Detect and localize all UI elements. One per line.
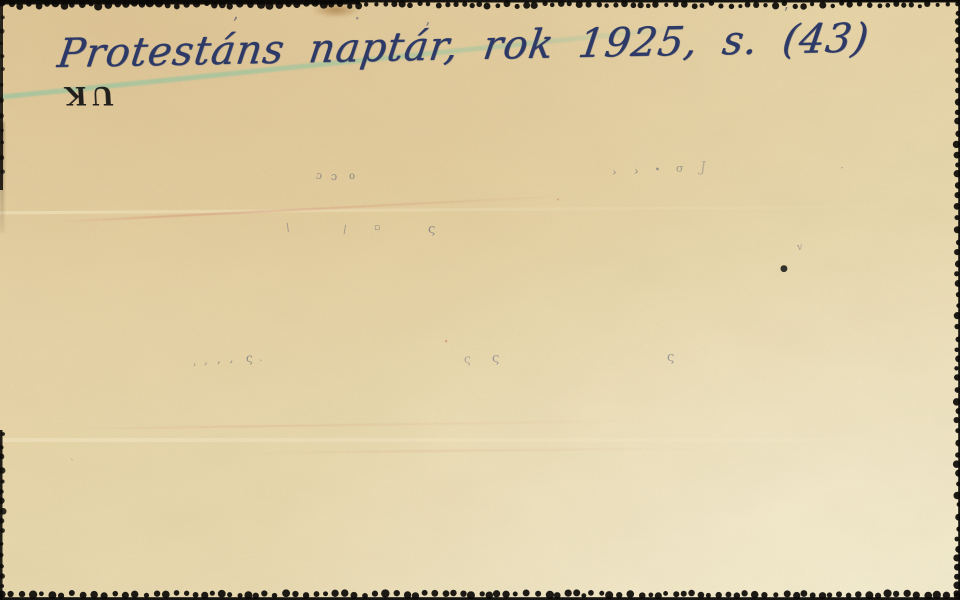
ink-speck: ς (464, 353, 471, 365)
ink-speck: , (217, 353, 221, 365)
ink-speck: ∙ (355, 15, 359, 24)
ink-speck: ʼ (783, 6, 788, 22)
ink-speck: · (259, 355, 263, 366)
ink-speck: ∙ (655, 165, 660, 175)
ink-speck: ˎ (70, 448, 74, 460)
ink-speck: ς (246, 352, 253, 364)
ink-speck: ∙ (444, 338, 448, 347)
library-stamp-upside-down: UK (59, 83, 114, 108)
ink-speck: ς (492, 352, 499, 365)
ink-speck: o (349, 172, 355, 182)
paper-crease (0, 438, 960, 442)
ink-speck: · (840, 162, 844, 174)
ink-speck: ● (780, 265, 788, 274)
ink-speck: ς (667, 351, 674, 364)
edge-smudge (0, 122, 4, 232)
card-paper (0, 0, 960, 600)
scanned-catalog-card: Protestáns naptár, rok 1925, s. (43) UK … (0, 0, 960, 600)
ink-speck: σ (676, 163, 684, 174)
ink-speck: , (204, 354, 208, 366)
brown-stain (312, 2, 360, 18)
ink-speck: v (796, 243, 803, 254)
ink-speck: ▫ (374, 224, 380, 233)
ink-speck: ∙ (556, 196, 560, 204)
ink-speck: ς (428, 223, 435, 236)
ink-speck: ɔ (331, 171, 338, 182)
